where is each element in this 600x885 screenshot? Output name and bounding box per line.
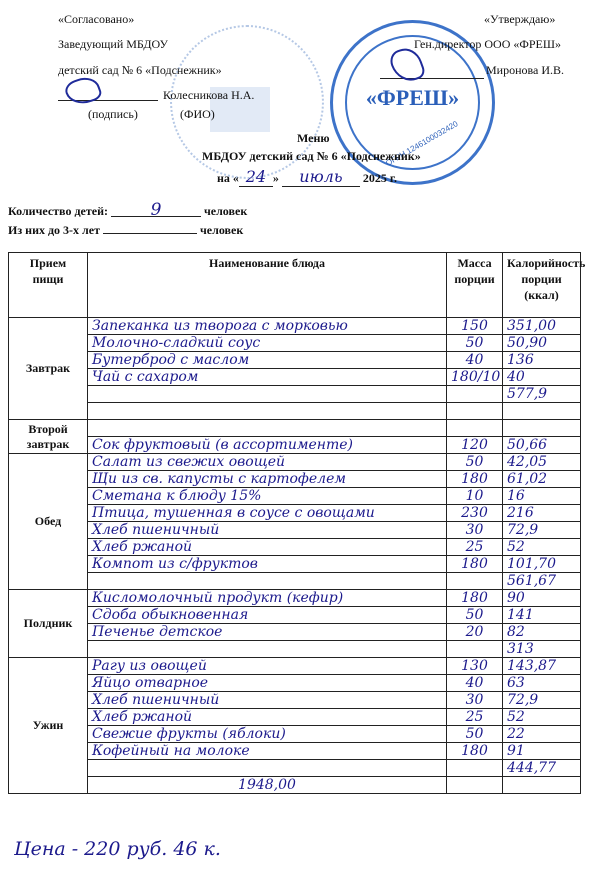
dish-cell: Молочно-сладкий соус xyxy=(88,335,447,352)
dish-cell: Рагу из овощей xyxy=(88,658,447,675)
table-row: Хлеб ржаной2552 xyxy=(9,539,581,556)
dish-value: Щи из св. капусты с картофелем xyxy=(92,471,346,487)
mass-cell xyxy=(447,777,503,794)
mass-value: 180/10 xyxy=(451,369,500,385)
dish-cell xyxy=(88,760,447,777)
table-header-row: Прием пищи Наименование блюда Масса порц… xyxy=(9,253,581,318)
mass-cell xyxy=(447,573,503,590)
kcal-cell: 63 xyxy=(503,675,581,692)
kcal-cell: 561,67 xyxy=(503,573,581,590)
kcal-cell: 90 xyxy=(503,590,581,607)
table-row: Кофейный на молоке18091 xyxy=(9,743,581,760)
dish-value: Хлеб пшеничный xyxy=(92,692,219,708)
mass-value: 30 xyxy=(466,522,484,538)
kcal-value: 50,90 xyxy=(507,335,547,351)
table-row: Хлеб пшеничный3072,9 xyxy=(9,522,581,539)
price-note: Цена - 220 руб. 46 к. xyxy=(14,838,221,860)
kcal-cell: 52 xyxy=(503,539,581,556)
kcal-cell: 50,66 xyxy=(503,437,581,454)
meal-cell: Ужин xyxy=(9,658,88,794)
table-row: Яйцо отварное4063 xyxy=(9,675,581,692)
kcal-value: 351,00 xyxy=(507,318,556,334)
dish-value: Молочно-сладкий соус xyxy=(92,335,260,351)
mass-value: 50 xyxy=(466,726,484,742)
table-row: Молочно-сладкий соус5050,90 xyxy=(9,335,581,352)
approve-heading: «Утверждаю» xyxy=(484,12,555,27)
kcal-cell: 101,70 xyxy=(503,556,581,573)
mass-value: 40 xyxy=(466,675,484,691)
under3-count: Из них до 3-х лет человек xyxy=(8,222,243,238)
agreed-position: Заведующий МБДОУ xyxy=(58,37,168,52)
caption-name: (ФИО) xyxy=(180,107,215,122)
kcal-cell: 141 xyxy=(503,607,581,624)
mass-cell: 50 xyxy=(447,335,503,352)
menu-table: Прием пищи Наименование блюда Масса порц… xyxy=(8,252,581,794)
kcal-value: 16 xyxy=(507,488,525,504)
dish-value: Салат из свежих овощей xyxy=(92,454,285,470)
mass-cell: 50 xyxy=(447,726,503,743)
mass-cell xyxy=(447,760,503,777)
table-row: 444,77 xyxy=(9,760,581,777)
kcal-value: 561,67 xyxy=(507,573,556,589)
under3-label: Из них до 3-х лет xyxy=(8,223,100,237)
table-row: 561,67 xyxy=(9,573,581,590)
kcal-value: 143,87 xyxy=(507,658,556,674)
kcal-value: 72,9 xyxy=(507,692,538,708)
kcal-cell: 313 xyxy=(503,641,581,658)
header-kcal: Калорийность порции (ккал) xyxy=(503,253,581,318)
mass-cell xyxy=(447,420,503,437)
kcal-value: 216 xyxy=(507,505,534,521)
dish-value: Чай с сахаром xyxy=(92,369,198,385)
kcal-value: 22 xyxy=(507,726,525,742)
kcal-value: 313 xyxy=(507,641,534,657)
mass-cell xyxy=(447,641,503,658)
dish-cell: Птица, тушенная в соусе с овощами xyxy=(88,505,447,522)
table-row: 1948,00 xyxy=(9,777,581,794)
kcal-value: 577,9 xyxy=(507,386,547,402)
kcal-value: 91 xyxy=(507,743,525,759)
dish-value: Хлеб ржаной xyxy=(92,709,192,725)
kcal-value: 72,9 xyxy=(507,522,538,538)
kcal-cell: 143,87 xyxy=(503,658,581,675)
date-day: 24 xyxy=(239,167,273,187)
kcal-value: 101,70 xyxy=(507,556,556,572)
dish-cell: Хлеб ржаной xyxy=(88,539,447,556)
kcal-cell: 216 xyxy=(503,505,581,522)
kcal-cell: 577,9 xyxy=(503,386,581,403)
header-mass: Масса порции xyxy=(447,253,503,318)
mass-cell: 25 xyxy=(447,539,503,556)
dish-cell: 1948,00 xyxy=(88,777,447,794)
kcal-value: 90 xyxy=(507,590,525,606)
dish-cell: Запеканка из творога с морковью xyxy=(88,318,447,335)
agreed-organization: детский сад № 6 «Подснежник» xyxy=(58,63,222,78)
table-row: Сметана к блюду 15%1016 xyxy=(9,488,581,505)
dish-value: Яйцо отварное xyxy=(92,675,208,691)
stamp-brand: «ФРЕШ» xyxy=(333,85,492,111)
table-row: Чай с сахаром180/1040 xyxy=(9,369,581,386)
caption-signature: (подпись) xyxy=(88,107,138,122)
table-row: Хлеб пшеничный3072,9 xyxy=(9,692,581,709)
table-row: Птица, тушенная в соусе с овощами230216 xyxy=(9,505,581,522)
mass-cell: 50 xyxy=(447,607,503,624)
dish-cell: Хлеб пшеничный xyxy=(88,522,447,539)
under3-unit: человек xyxy=(200,223,243,237)
mass-value: 180 xyxy=(461,743,488,759)
children-label: Количество детей: xyxy=(8,204,108,218)
dish-value: Сок фруктовый (в ассортименте) xyxy=(92,437,353,453)
mass-cell: 25 xyxy=(447,709,503,726)
kcal-value: 50,66 xyxy=(507,437,547,453)
mass-value: 180 xyxy=(461,590,488,606)
mass-cell: 130 xyxy=(447,658,503,675)
mass-value: 180 xyxy=(461,556,488,572)
children-unit: человек xyxy=(204,204,247,218)
menu-date: на «24» июль 2025 г. xyxy=(217,167,397,187)
table-row: Второй завтрак xyxy=(9,420,581,437)
header-meal: Прием пищи xyxy=(9,253,88,318)
kcal-cell: 136 xyxy=(503,352,581,369)
kcal-cell: 72,9 xyxy=(503,522,581,539)
table-row: Сок фруктовый (в ассортименте)12050,66 xyxy=(9,437,581,454)
kcal-cell: 444,77 xyxy=(503,760,581,777)
mass-cell: 180 xyxy=(447,590,503,607)
dish-cell: Кофейный на молоке xyxy=(88,743,447,760)
kcal-cell xyxy=(503,403,581,420)
kcal-value: 444,77 xyxy=(507,760,556,776)
children-value: 9 xyxy=(111,204,201,217)
mass-cell: 150 xyxy=(447,318,503,335)
kcal-value: 141 xyxy=(507,607,534,623)
kcal-value: 52 xyxy=(507,709,525,725)
dish-cell: Сок фруктовый (в ассортименте) xyxy=(88,437,447,454)
kcal-cell: 351,00 xyxy=(503,318,581,335)
mass-cell: 30 xyxy=(447,692,503,709)
dish-value: Кисломолочный продукт (кефир) xyxy=(92,590,343,606)
kcal-value: 40 xyxy=(507,369,525,385)
dish-cell: Салат из свежих овощей xyxy=(88,454,447,471)
date-prefix: на « xyxy=(217,171,239,185)
mass-value: 40 xyxy=(466,352,484,368)
table-row: Компот из с/фруктов180101,70 xyxy=(9,556,581,573)
kcal-cell: 72,9 xyxy=(503,692,581,709)
table-row: Щи из св. капусты с картофелем18061,02 xyxy=(9,471,581,488)
kcal-cell xyxy=(503,777,581,794)
dish-value: Хлеб пшеничный xyxy=(92,522,219,538)
date-month: июль xyxy=(282,167,360,187)
table-row: 577,9 xyxy=(9,386,581,403)
dish-value: Рагу из овощей xyxy=(92,658,207,674)
kcal-value: 61,02 xyxy=(507,471,547,487)
mass-value: 180 xyxy=(461,471,488,487)
mass-cell: 10 xyxy=(447,488,503,505)
dish-value: Печенье детское xyxy=(92,624,222,640)
dish-value: Свежие фрукты (яблоки) xyxy=(92,726,286,742)
kcal-cell: 91 xyxy=(503,743,581,760)
dish-cell xyxy=(88,403,447,420)
kcal-cell: 42,05 xyxy=(503,454,581,471)
mass-cell: 40 xyxy=(447,675,503,692)
mass-value: 130 xyxy=(461,658,488,674)
dish-value: Сдоба обыкновенная xyxy=(92,607,248,623)
dish-value: Кофейный на молоке xyxy=(92,743,250,759)
dish-value: Хлеб ржаной xyxy=(92,539,192,555)
mass-cell: 180 xyxy=(447,471,503,488)
mass-value: 230 xyxy=(461,505,488,521)
kcal-value: 52 xyxy=(507,539,525,555)
mass-cell: 180 xyxy=(447,743,503,760)
mass-cell: 50 xyxy=(447,454,503,471)
dish-value: Бутерброд с маслом xyxy=(92,352,249,368)
dish-cell: Сдоба обыкновенная xyxy=(88,607,447,624)
dish-cell: Чай с сахаром xyxy=(88,369,447,386)
dish-cell: Яйцо отварное xyxy=(88,675,447,692)
menu-title: Меню xyxy=(297,131,330,146)
dish-cell: Кисломолочный продукт (кефир) xyxy=(88,590,447,607)
dish-value: Птица, тушенная в соусе с овощами xyxy=(92,505,375,521)
dish-cell: Свежие фрукты (яблоки) xyxy=(88,726,447,743)
kcal-value: 42,05 xyxy=(507,454,547,470)
mass-cell: 40 xyxy=(447,352,503,369)
dish-cell: Хлеб ржаной xyxy=(88,709,447,726)
mass-value: 30 xyxy=(466,692,484,708)
approve-name: Миронова И.В. xyxy=(486,63,564,78)
mass-value: 120 xyxy=(461,437,488,453)
dish-cell: Хлеб пшеничный xyxy=(88,692,447,709)
table-row: 313 xyxy=(9,641,581,658)
dish-cell: Компот из с/фруктов xyxy=(88,556,447,573)
mass-value: 50 xyxy=(466,454,484,470)
dish-cell: Сметана к блюду 15% xyxy=(88,488,447,505)
dish-cell: Бутерброд с маслом xyxy=(88,352,447,369)
kcal-cell: 52 xyxy=(503,709,581,726)
kcal-value: 136 xyxy=(507,352,534,368)
meal-cell: Полдник xyxy=(9,590,88,658)
meal-cell: Завтрак xyxy=(9,318,88,420)
dish-cell xyxy=(88,573,447,590)
mass-value: 150 xyxy=(461,318,488,334)
dish-value: 1948,00 xyxy=(238,777,296,793)
meal-cell: Второй завтрак xyxy=(9,420,88,454)
menu-table-body: ЗавтракЗапеканка из творога с морковью15… xyxy=(9,318,581,794)
mass-value: 10 xyxy=(466,488,484,504)
kcal-value: 82 xyxy=(507,624,525,640)
table-row: ОбедСалат из свежих овощей5042,05 xyxy=(9,454,581,471)
dish-cell: Печенье детское xyxy=(88,624,447,641)
table-row: Бутерброд с маслом40136 xyxy=(9,352,581,369)
agreed-heading: «Согласовано» xyxy=(58,12,134,27)
table-row: Печенье детское2082 xyxy=(9,624,581,641)
date-mid: » xyxy=(273,171,279,185)
kcal-cell: 16 xyxy=(503,488,581,505)
signature-line-right xyxy=(380,78,484,79)
kcal-cell: 82 xyxy=(503,624,581,641)
table-row: УжинРагу из овощей130143,87 xyxy=(9,658,581,675)
mass-value: 20 xyxy=(466,624,484,640)
dish-cell xyxy=(88,420,447,437)
date-year: 2025 г. xyxy=(363,171,397,185)
table-row: ПолдникКисломолочный продукт (кефир)1809… xyxy=(9,590,581,607)
dish-value: Сметана к блюду 15% xyxy=(92,488,261,504)
mass-cell: 120 xyxy=(447,437,503,454)
approve-position: Ген.директор ООО «ФРЕШ» xyxy=(414,37,561,52)
menu-subtitle: МБДОУ детский сад № 6 «Подснежник» xyxy=(202,149,421,164)
mass-cell: 180/10 xyxy=(447,369,503,386)
mass-cell: 30 xyxy=(447,522,503,539)
dish-cell xyxy=(88,386,447,403)
kcal-cell: 50,90 xyxy=(503,335,581,352)
dish-cell: Щи из св. капусты с картофелем xyxy=(88,471,447,488)
mass-value: 25 xyxy=(466,709,484,725)
mass-cell: 230 xyxy=(447,505,503,522)
mass-value: 50 xyxy=(466,335,484,351)
table-row: Сдоба обыкновенная50141 xyxy=(9,607,581,624)
header-dish: Наименование блюда xyxy=(88,253,447,318)
mass-cell: 20 xyxy=(447,624,503,641)
dish-value: Компот из с/фруктов xyxy=(92,556,258,572)
under3-value xyxy=(103,222,197,234)
kcal-cell xyxy=(503,420,581,437)
kcal-cell: 61,02 xyxy=(503,471,581,488)
signature-left xyxy=(63,73,104,109)
mass-cell xyxy=(447,386,503,403)
table-row: Свежие фрукты (яблоки)5022 xyxy=(9,726,581,743)
table-row: ЗавтракЗапеканка из творога с морковью15… xyxy=(9,318,581,335)
mass-value: 50 xyxy=(466,607,484,623)
mass-cell xyxy=(447,403,503,420)
dish-cell xyxy=(88,641,447,658)
kcal-cell: 40 xyxy=(503,369,581,386)
table-row: Хлеб ржаной2552 xyxy=(9,709,581,726)
children-count: Количество детей: 9 человек xyxy=(8,204,247,219)
kcal-cell: 22 xyxy=(503,726,581,743)
mass-value: 25 xyxy=(466,539,484,555)
dish-value: Запеканка из творога с морковью xyxy=(92,318,348,334)
kcal-value: 63 xyxy=(507,675,525,691)
meal-cell: Обед xyxy=(9,454,88,590)
table-row xyxy=(9,403,581,420)
agreed-name: Колесникова Н.А. xyxy=(163,88,254,103)
mass-cell: 180 xyxy=(447,556,503,573)
